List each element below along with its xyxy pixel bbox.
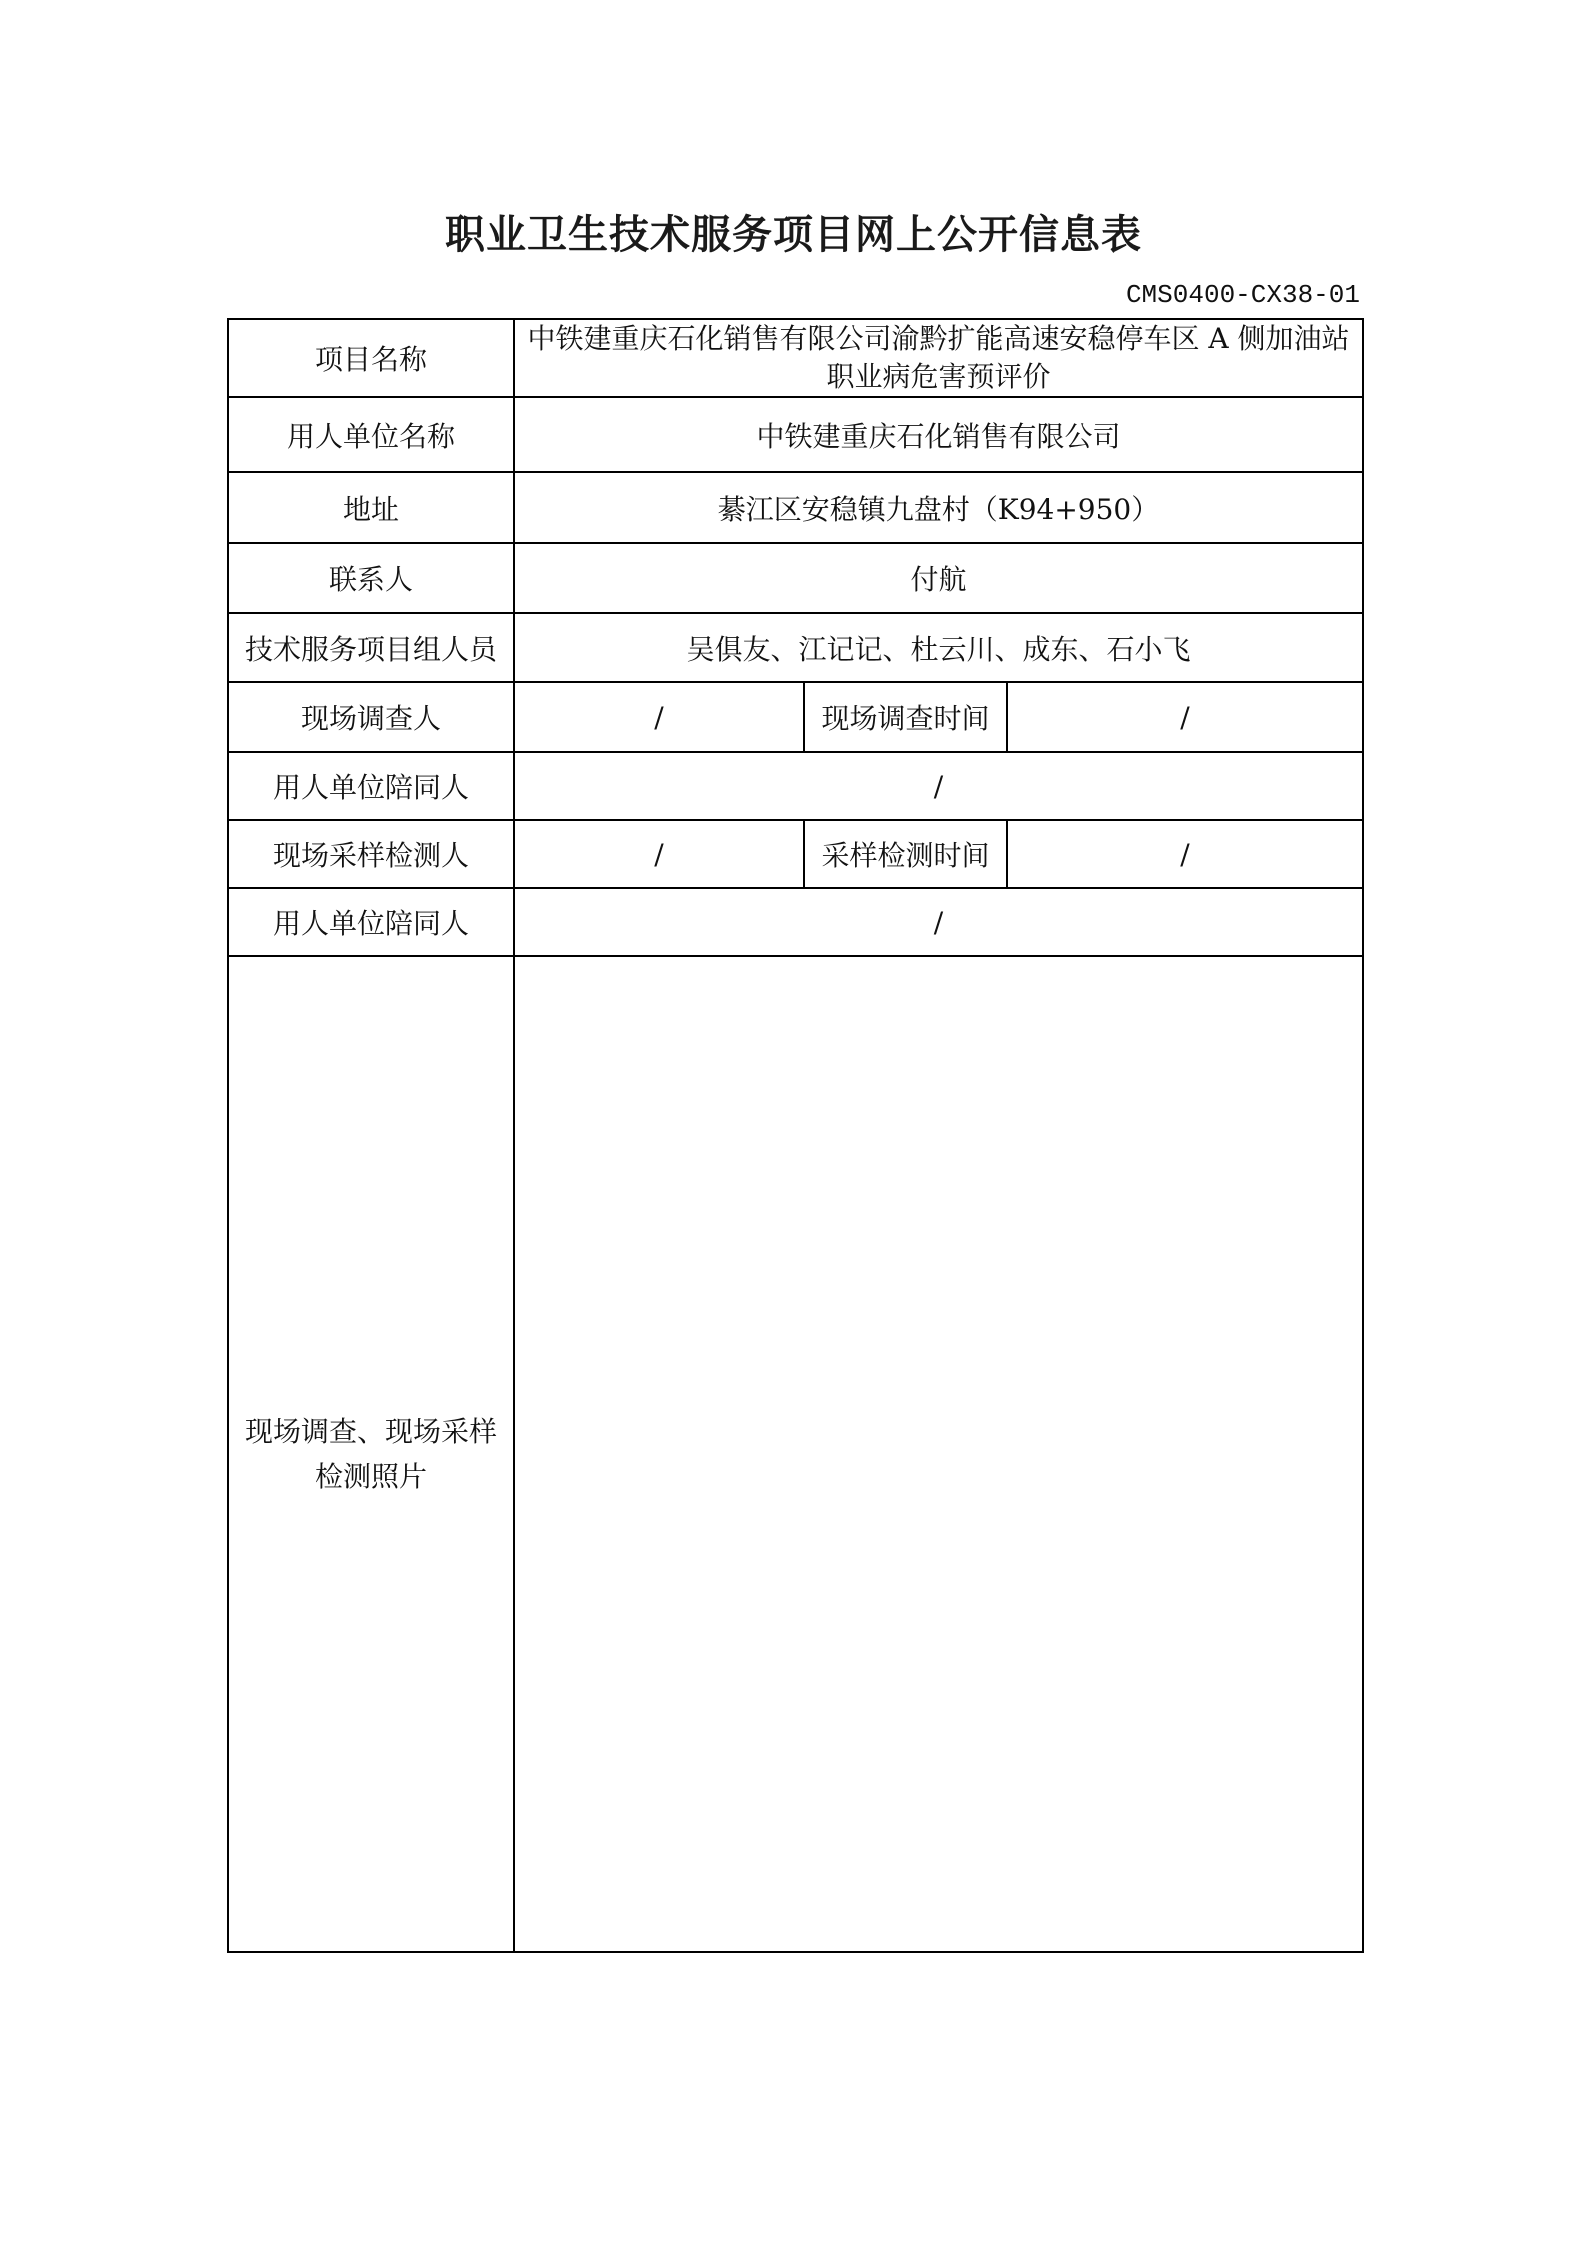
employer-name-value: 中铁建重庆石化销售有限公司 [514,397,1363,472]
address-label: 地址 [228,472,514,543]
photos-label-line2: 检测照片 [235,1454,507,1499]
survey-escort-label: 用人单位陪同人 [228,752,514,820]
table-row-sampling-escort: 用人单位陪同人 / [228,888,1363,956]
site-survey-label: 现场调查人 [228,682,514,752]
project-name-value-line1: 中铁建重庆石化销售有限公司渝黔扩能高速安稳停车区 A 侧加油站 [521,320,1356,358]
team-value: 吴俱友、江记记、杜云川、成东、石小飞 [514,613,1363,682]
table-row-team: 技术服务项目组人员 吴俱友、江记记、杜云川、成东、石小飞 [228,613,1363,682]
doc-code: CMS0400-CX38-01 [0,280,1360,310]
project-name-value-line2: 职业病危害预评价 [521,358,1356,396]
site-survey-time-label: 现场调查时间 [804,682,1007,752]
photos-value [514,956,1363,1952]
sampling-label: 现场采样检测人 [228,820,514,888]
project-name-value: 中铁建重庆石化销售有限公司渝黔扩能高速安稳停车区 A 侧加油站 职业病危害预评价 [514,319,1363,397]
employer-name-label: 用人单位名称 [228,397,514,472]
table-row-contact: 联系人 付航 [228,543,1363,613]
table-row-photos: 现场调查、现场采样 检测照片 [228,956,1363,1952]
contact-value: 付航 [514,543,1363,613]
page-title: 职业卫生技术服务项目网上公开信息表 [0,203,1587,260]
team-label: 技术服务项目组人员 [228,613,514,682]
table-row-address: 地址 綦江区安稳镇九盘村（K94+950） [228,472,1363,543]
document-page: 职业卫生技术服务项目网上公开信息表 CMS0400-CX38-01 项目名称 中… [0,0,1587,2245]
project-name-label: 项目名称 [228,319,514,397]
contact-label: 联系人 [228,543,514,613]
info-table: 项目名称 中铁建重庆石化销售有限公司渝黔扩能高速安稳停车区 A 侧加油站 职业病… [227,318,1364,1953]
site-survey-time-value: / [1007,682,1363,752]
photos-label-line1: 现场调查、现场采样 [235,1409,507,1454]
survey-escort-value: / [514,752,1363,820]
table-row-employer-name: 用人单位名称 中铁建重庆石化销售有限公司 [228,397,1363,472]
photos-label: 现场调查、现场采样 检测照片 [228,956,514,1952]
sampling-escort-value: / [514,888,1363,956]
address-value: 綦江区安稳镇九盘村（K94+950） [514,472,1363,543]
table-row-project-name: 项目名称 中铁建重庆石化销售有限公司渝黔扩能高速安稳停车区 A 侧加油站 职业病… [228,319,1363,397]
sampling-time-label: 采样检测时间 [804,820,1007,888]
sampling-value: / [514,820,804,888]
sampling-escort-label: 用人单位陪同人 [228,888,514,956]
table-row-survey-escort: 用人单位陪同人 / [228,752,1363,820]
sampling-time-value: / [1007,820,1363,888]
table-row-sampling: 现场采样检测人 / 采样检测时间 / [228,820,1363,888]
site-survey-value: / [514,682,804,752]
table-row-site-survey: 现场调查人 / 现场调查时间 / [228,682,1363,752]
